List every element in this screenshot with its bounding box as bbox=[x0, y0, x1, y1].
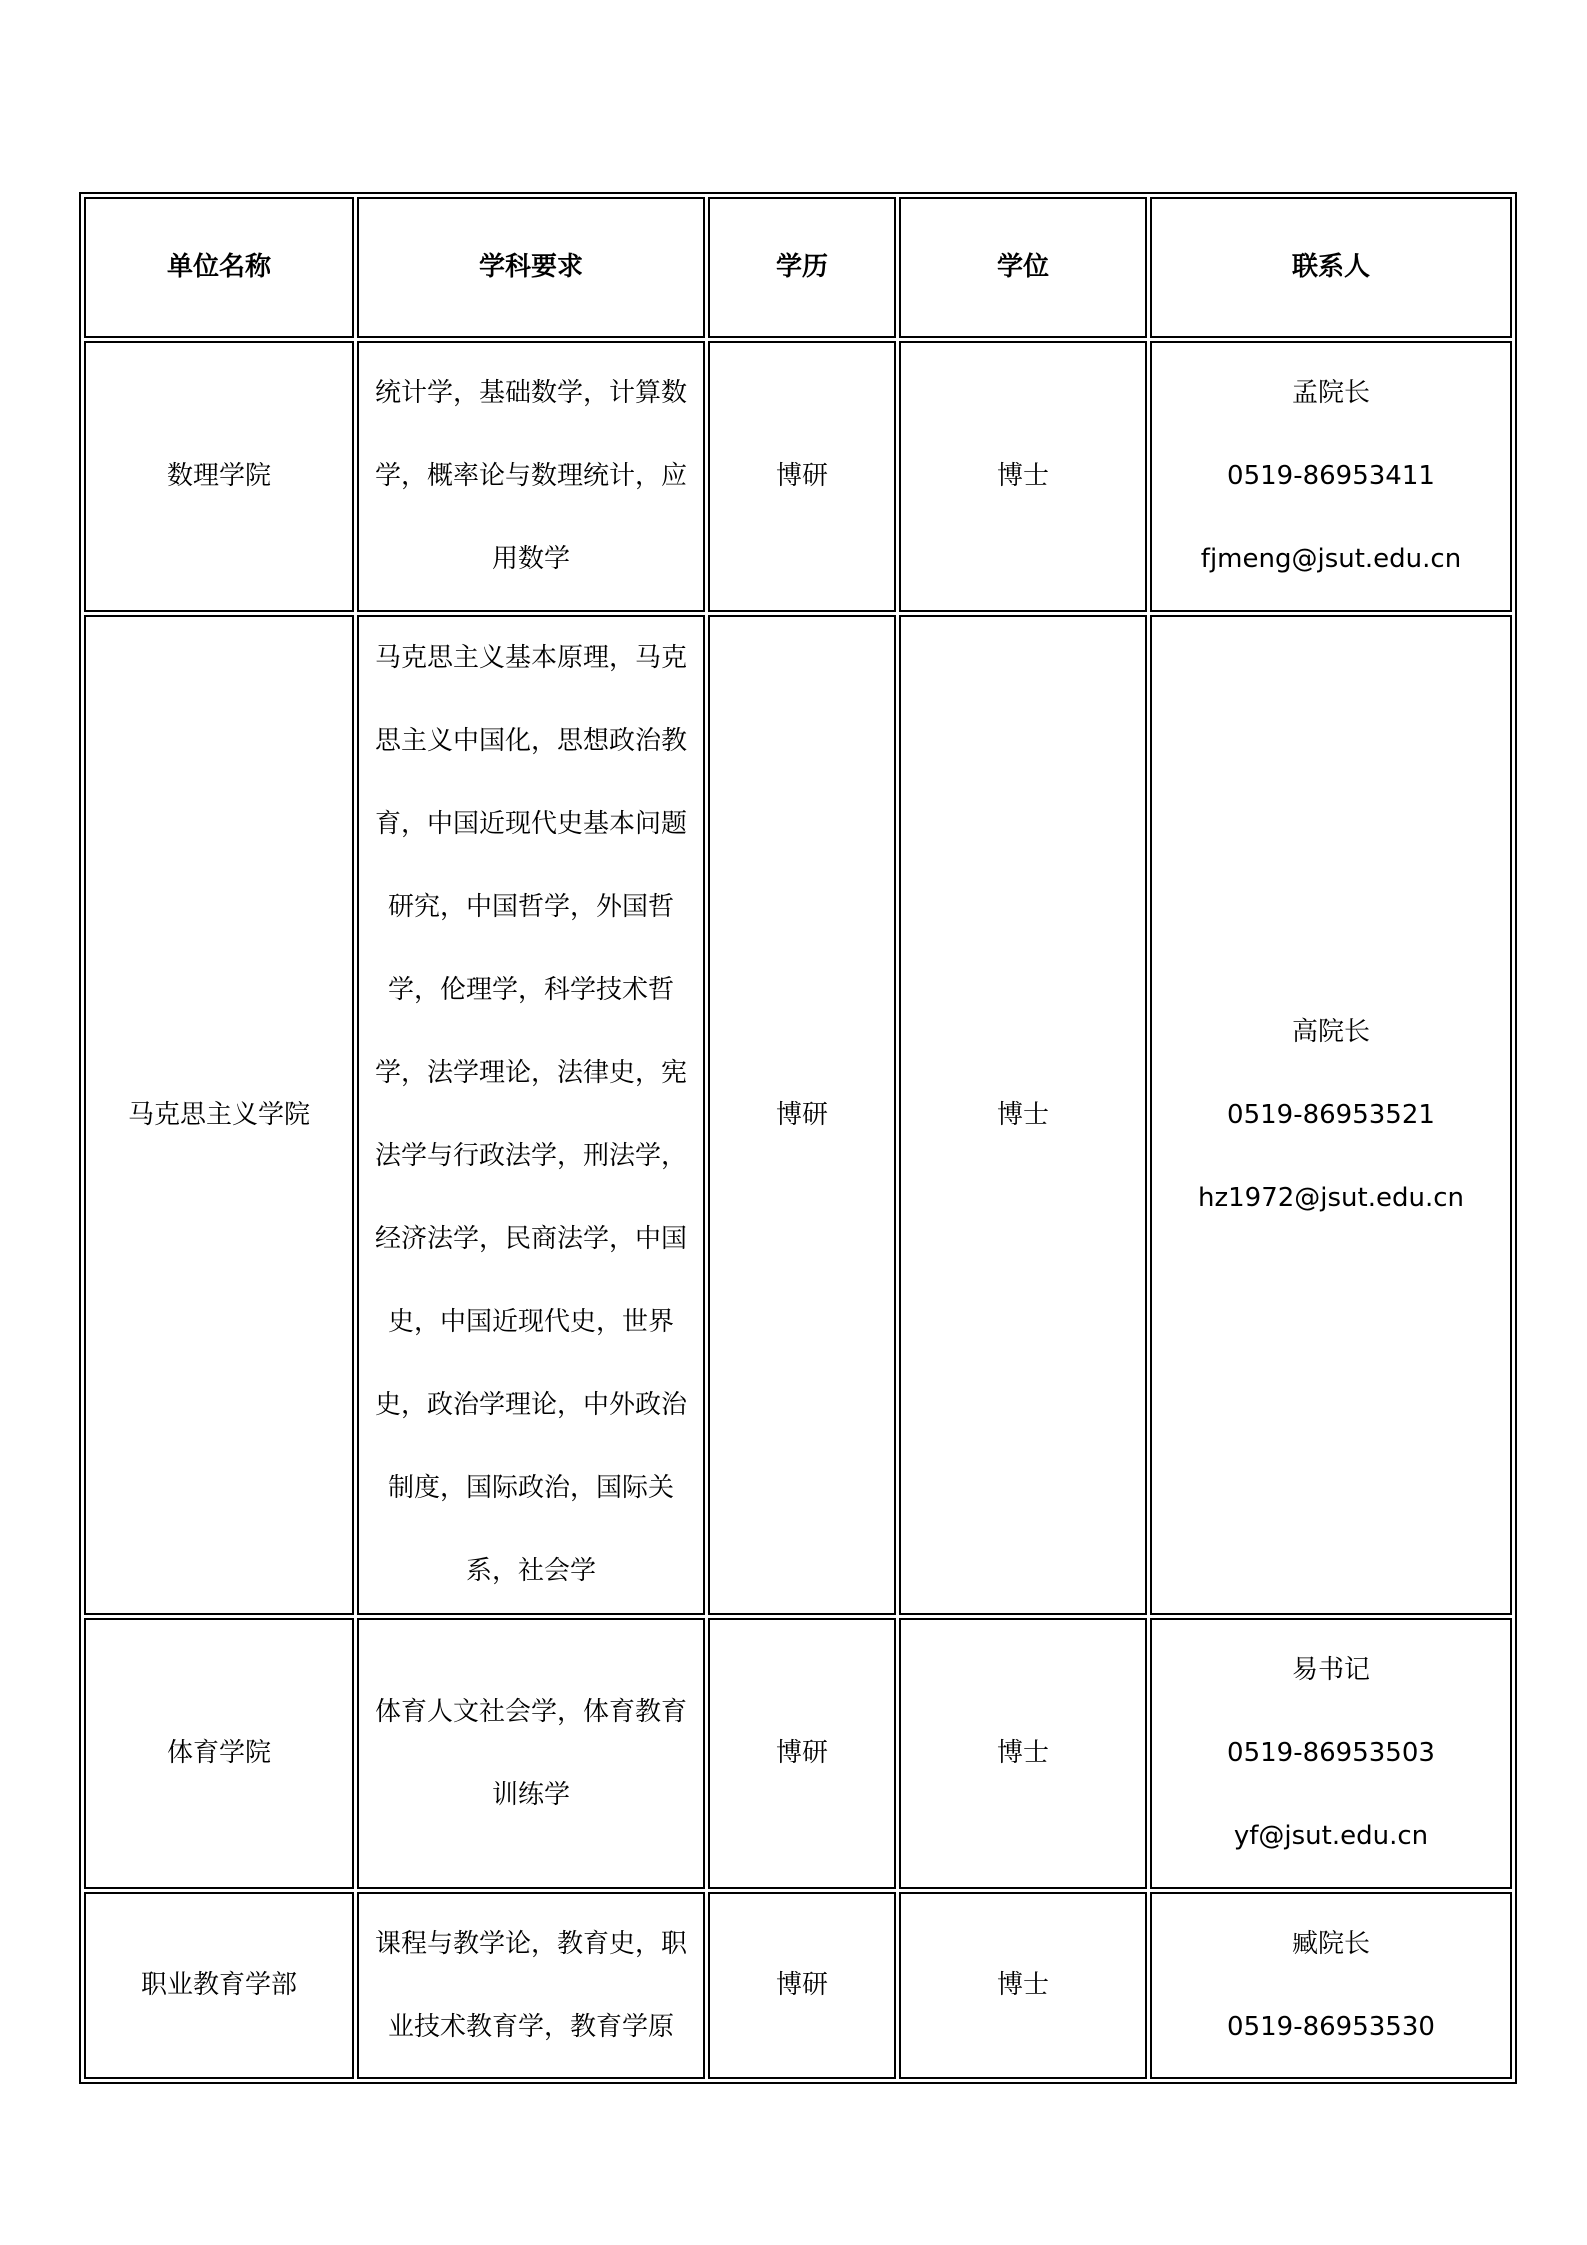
subject-requirements: 马克思主义基本原理，马克思主义中国化，思想政治教育，中国近现代史基本问题研究，中… bbox=[357, 615, 705, 1615]
header-education: 学历 bbox=[708, 197, 896, 338]
contact-cell: 孟院长 0519-86953411 fjmeng@jsut.edu.cn bbox=[1150, 341, 1512, 612]
contact-email[interactable]: fjmeng@jsut.edu.cn bbox=[1162, 518, 1500, 601]
recruitment-table: 单位名称 学科要求 学历 学位 联系人 数理学院 统计学，基础数学，计算数学，概… bbox=[79, 192, 1517, 2084]
degree: 博士 bbox=[899, 1618, 1147, 1889]
unit-name: 体育学院 bbox=[84, 1618, 354, 1889]
contact-phone: 0519-86953521 bbox=[1162, 1074, 1500, 1157]
contact-name: 孟院长 bbox=[1162, 352, 1500, 435]
header-degree: 学位 bbox=[899, 197, 1147, 338]
subject-requirements: 统计学，基础数学，计算数学，概率论与数理统计，应用数学 bbox=[357, 341, 705, 612]
contact-cell: 臧院长 0519-86953530 bbox=[1150, 1892, 1512, 2079]
degree: 博士 bbox=[899, 1892, 1147, 2079]
education: 博研 bbox=[708, 341, 896, 612]
contact-name: 高院长 bbox=[1162, 991, 1500, 1074]
contact-phone: 0519-86953411 bbox=[1162, 435, 1500, 518]
header-row: 单位名称 学科要求 学历 学位 联系人 bbox=[84, 197, 1512, 338]
contact-name: 易书记 bbox=[1162, 1629, 1500, 1712]
contact-phone: 0519-86953530 bbox=[1162, 1986, 1500, 2069]
unit-name: 职业教育学部 bbox=[84, 1892, 354, 2079]
contact-cell: 高院长 0519-86953521 hz1972@jsut.edu.cn bbox=[1150, 615, 1512, 1615]
table-row: 体育学院 体育人文社会学，体育教育训练学 博研 博士 易书记 0519-8695… bbox=[84, 1618, 1512, 1889]
education: 博研 bbox=[708, 615, 896, 1615]
contact-name: 臧院长 bbox=[1162, 1903, 1500, 1986]
contact-cell: 易书记 0519-86953503 yf@jsut.edu.cn bbox=[1150, 1618, 1512, 1889]
contact-email[interactable]: yf@jsut.edu.cn bbox=[1162, 1795, 1500, 1878]
degree: 博士 bbox=[899, 615, 1147, 1615]
table-row: 数理学院 统计学，基础数学，计算数学，概率论与数理统计，应用数学 博研 博士 孟… bbox=[84, 341, 1512, 612]
unit-name: 数理学院 bbox=[84, 341, 354, 612]
table-row: 马克思主义学院 马克思主义基本原理，马克思主义中国化，思想政治教育，中国近现代史… bbox=[84, 615, 1512, 1615]
subject-requirements: 体育人文社会学，体育教育训练学 bbox=[357, 1618, 705, 1889]
table-row: 职业教育学部 课程与教学论，教育史，职业技术教育学，教育学原 博研 博士 臧院长… bbox=[84, 1892, 1512, 2079]
education: 博研 bbox=[708, 1892, 896, 2079]
degree: 博士 bbox=[899, 341, 1147, 612]
header-unit-name: 单位名称 bbox=[84, 197, 354, 338]
contact-email[interactable]: hz1972@jsut.edu.cn bbox=[1162, 1157, 1500, 1240]
unit-name: 马克思主义学院 bbox=[84, 615, 354, 1615]
header-subject-requirements: 学科要求 bbox=[357, 197, 705, 338]
subject-requirements: 课程与教学论，教育史，职业技术教育学，教育学原 bbox=[357, 1892, 705, 2079]
header-contact: 联系人 bbox=[1150, 197, 1512, 338]
education: 博研 bbox=[708, 1618, 896, 1889]
contact-phone: 0519-86953503 bbox=[1162, 1712, 1500, 1795]
